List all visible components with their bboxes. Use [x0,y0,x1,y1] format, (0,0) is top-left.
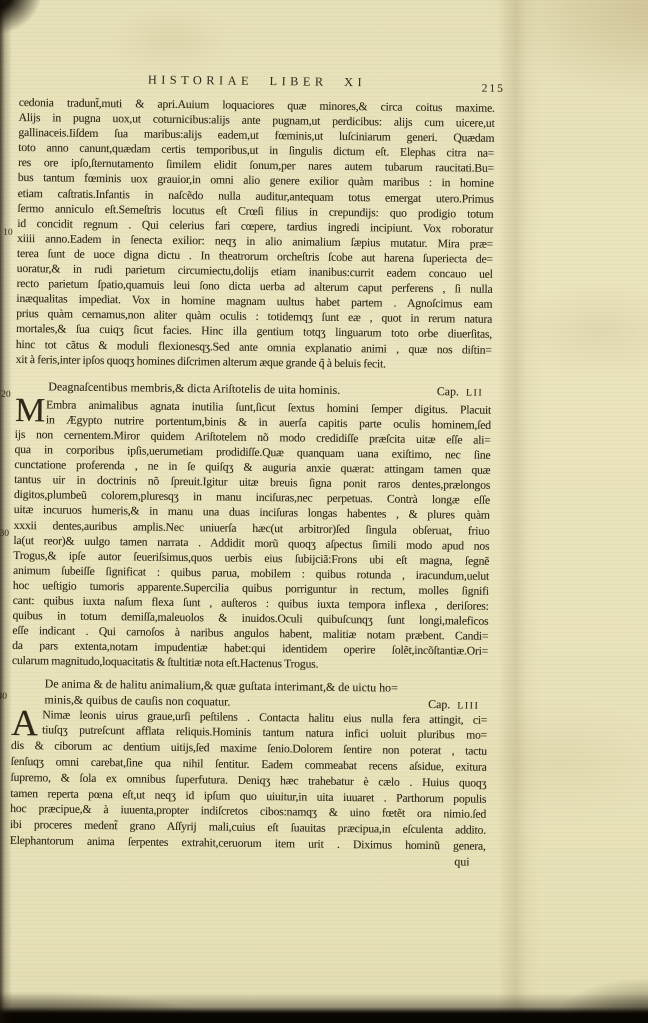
chapter-52-heading: Deagnaſcentibus membris,& dicta Ariſtote… [15,379,491,400]
margin-line-number-10: 10 [3,228,17,238]
cap-label: Cap. [428,697,450,711]
chapter-52-title: Deagnaſcentibus membris,& dicta Ariſtote… [15,379,340,398]
margin-line-number-20: 20 [1,390,15,400]
book-page: HISTORIAE LIBER XI 215 10 20 30 40 M A c… [0,0,648,1023]
cap-number: LIII [450,700,479,711]
page-number: 215 [482,83,505,95]
print-area: HISTORIAE LIBER XI 215 10 20 30 40 M A c… [8,0,496,1023]
margin-line-number-30: 30 [0,529,14,539]
chapter-53-cap: Cap.LIII [428,697,487,713]
text-block: cedonia tradunt̃,muti & apri.Auium loqua… [9,95,494,870]
cap-number: LII [459,387,483,398]
margin-line-number-40: 40 [0,692,12,702]
paragraph-anima: Nimæ leonis uirus graue,urſi peſtilens .… [10,707,488,855]
paragraph-voice: cedonia tradunt̃,muti & apri.Auium loqua… [16,95,495,372]
paragraph-membra: Embra animalibus agnata inutilia ſunt,ſi… [12,397,491,674]
cap-label: Cap. [437,384,459,398]
running-title: HISTORIAE LIBER XI [19,71,495,92]
chapter-52-cap: Cap.LII [437,384,492,400]
